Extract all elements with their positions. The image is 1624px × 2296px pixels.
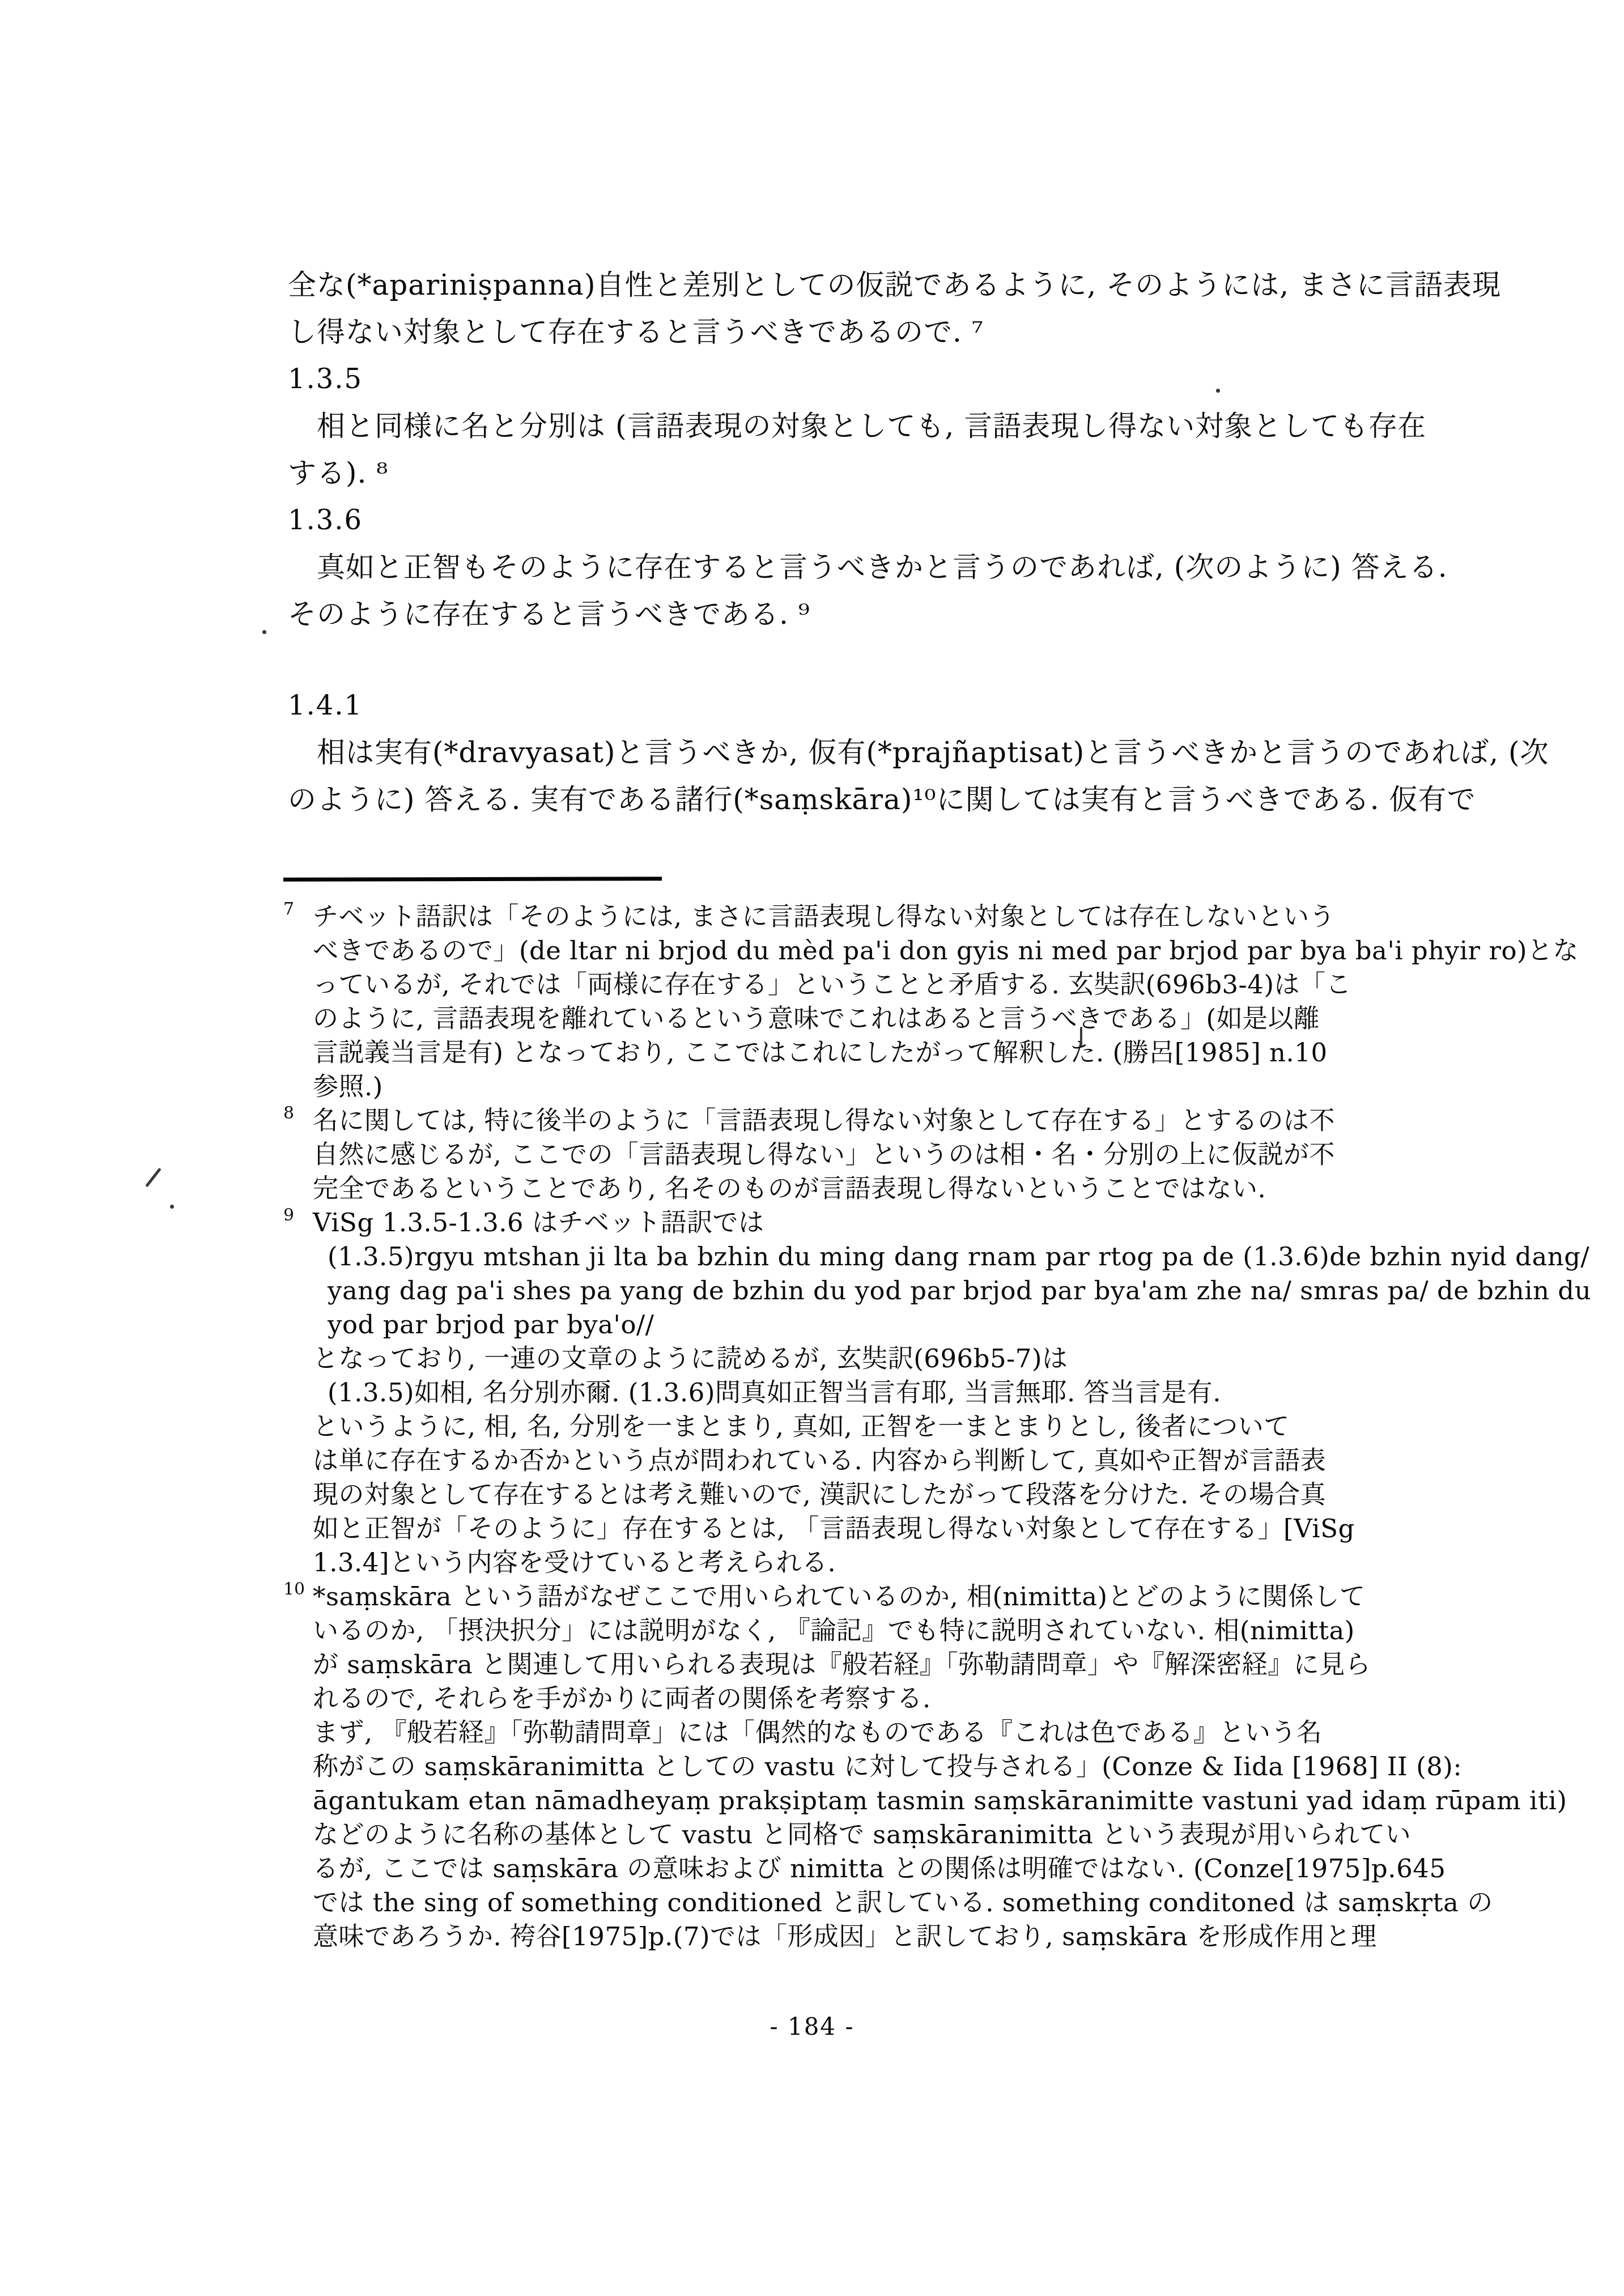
intro-paragraph: 全な(*apariniṣpanna)自性と差別としての仮説であるように, そのよ… (288, 262, 1364, 356)
text-line: 自然に感じるが, ここでの「言語表現し得ない」というのは相・名・分別の上に仮説が… (313, 1138, 1412, 1172)
footnote-7-text: チベット語訳は「そのようには, まさに言語表現し得ない対象としては存在しないとい… (313, 900, 1412, 1104)
section-heading-1-3-5: 1.3.5 (288, 356, 1364, 403)
text-line: というように, 相, 名, 分別を一まとまり, 真如, 正智を一まとまりとし, … (313, 1410, 1412, 1444)
section-heading-1-3-6: 1.3.6 (288, 497, 1364, 544)
scan-artifact (262, 630, 266, 634)
text-line: する). ⁸ (288, 450, 1364, 497)
text-line: 完全であるということであり, 名そのものが言語表現し得ないということではない. (313, 1172, 1412, 1206)
text-line: は単に存在するか否かという点が問われている. 内容から判断して, 真如や正智が言… (313, 1444, 1412, 1478)
scan-artifact (1080, 1027, 1082, 1046)
text-line: 意味であろうか. 袴谷[1975]p.(7)では「形成因」と訳しており, saṃ… (313, 1920, 1412, 1954)
text-line: (1.3.5)rgyu mtshan ji lta ba bzhin du mi… (313, 1240, 1412, 1274)
footnotes-block: 7 チベット語訳は「そのようには, まさに言語表現し得ない対象としては存在しない… (313, 900, 1412, 1954)
text-line: れるので, それらを手がかりに両者の関係を考察する. (313, 1682, 1412, 1716)
text-line: 名に関しては, 特に後半のように「言語表現し得ない対象として存在する」とするのは… (313, 1104, 1412, 1138)
text-line: yang dag pa'i shes pa yang de bzhin du y… (313, 1274, 1412, 1308)
text-line: っているが, それでは「両様に存在する」ということと矛盾する. 玄奘訳(696b… (313, 968, 1412, 1002)
footnote-9-text: ViSg 1.3.5-1.3.6 はチベット語訳では(1.3.5)rgyu mt… (313, 1206, 1412, 1580)
text-line: 相は実有(*dravyasat)と言うべきか, 仮有(*prajñaptisat… (288, 729, 1364, 776)
text-line: 如と正智が「そのように」存在するとは, 「言語表現し得ない対象として存在する」[… (313, 1512, 1412, 1546)
footnote-separator (283, 877, 662, 881)
text-line: では the sing of something conditioned と訳し… (313, 1886, 1412, 1920)
text-line: āgantukam etan nāmadheyaṃ prakṣiptaṃ tas… (313, 1784, 1412, 1818)
text-line: まず, 『般若経』「弥勒請問章」には「偶然的なものである『これは色である』という… (313, 1716, 1412, 1750)
footnote-9: 9 ViSg 1.3.5-1.3.6 はチベット語訳では(1.3.5)rgyu … (313, 1206, 1412, 1580)
text-line: 全な(*apariniṣpanna)自性と差別としての仮説であるように, そのよ… (288, 262, 1364, 309)
footnote-8-number: 8 (283, 1105, 294, 1122)
footnote-10-number: 10 (283, 1581, 305, 1598)
footnote-8: 8 名に関しては, 特に後半のように「言語表現し得ない対象として存在する」とする… (313, 1104, 1412, 1206)
text-line: 1.3.4]という内容を受けていると考えられる. (313, 1546, 1412, 1580)
text-line: となっており, 一連の文章のように読めるが, 玄奘訳(696b5-7)は (313, 1342, 1412, 1376)
document-page: 全な(*apariniṣpanna)自性と差別としての仮説であるように, そのよ… (0, 0, 1624, 2296)
text-line: 言説義当言是有) となっており, ここではこれにしたがって解釈した. (勝呂[1… (313, 1036, 1412, 1070)
text-line: いるのか, 「摂決択分」には説明がなく, 『論記』でも特に説明されていない. 相… (313, 1614, 1412, 1648)
text-line: 真如と正智もそのように存在すると言うべきかと言うのであれば, (次のように) 答… (288, 544, 1364, 591)
section-paragraph-1-3-5: 相と同様に名と分別は (言語表現の対象としても, 言語表現し得ない対象としても存… (288, 403, 1364, 497)
text-line: 参照.) (313, 1070, 1412, 1104)
scan-artifact (145, 1168, 161, 1188)
footnote-8-text: 名に関しては, 特に後半のように「言語表現し得ない対象として存在する」とするのは… (313, 1104, 1412, 1206)
text-line: そのように存在すると言うべきである. ⁹ (288, 591, 1364, 638)
text-line: るが, ここでは saṃskāra の意味および nimitta との関係は明確… (313, 1852, 1412, 1886)
text-line: などのように名称の基体として vastu と同格で saṃskāranimitt… (313, 1818, 1412, 1852)
footnote-10: 10 *saṃskāra という語がなぜここで用いられているのか, 相(nimi… (313, 1580, 1412, 1954)
text-line: 称がこの saṃskāranimitta としての vastu に対して投与され… (313, 1750, 1412, 1784)
main-text-block: 全な(*apariniṣpanna)自性と差別としての仮説であるように, そのよ… (288, 262, 1364, 823)
text-line: (1.3.5)如相, 名分別亦爾. (1.3.6)問真如正智当言有耶, 当言無耶… (313, 1376, 1412, 1410)
text-line: *saṃskāra という語がなぜここで用いられているのか, 相(nimitta… (313, 1580, 1412, 1614)
section-paragraph-1-3-6: 真如と正智もそのように存在すると言うべきかと言うのであれば, (次のように) 答… (288, 544, 1364, 638)
text-line: チベット語訳は「そのようには, まさに言語表現し得ない対象としては存在しないとい… (313, 900, 1412, 934)
scan-artifact (170, 1205, 174, 1209)
text-line: し得ない対象として存在すると言うべきであるので. ⁷ (288, 309, 1364, 356)
text-line: べきであるので」(de ltar ni brjod du mèd pa'i do… (313, 934, 1412, 968)
section-heading-1-4-1: 1.4.1 (288, 682, 1364, 729)
text-line: ViSg 1.3.5-1.3.6 はチベット語訳では (313, 1206, 1412, 1240)
text-line: 現の対象として存在するとは考え難いので, 漢訳にしたがって段落を分けた. その場… (313, 1478, 1412, 1512)
scan-artifact (1216, 389, 1220, 393)
footnote-7: 7 チベット語訳は「そのようには, まさに言語表現し得ない対象としては存在しない… (313, 900, 1412, 1104)
text-line: yod par brjod par bya'o// (313, 1308, 1412, 1342)
text-line: のように, 言語表現を離れているという意味でこれはあると言うべきである」(如是以… (313, 1002, 1412, 1036)
text-line: が saṃskāra と関連して用いられる表現は『般若経』「弥勒請問章」や『解深… (313, 1648, 1412, 1682)
text-line: 相と同様に名と分別は (言語表現の対象としても, 言語表現し得ない対象としても存… (288, 403, 1364, 450)
section-paragraph-1-4-1: 相は実有(*dravyasat)と言うべきか, 仮有(*prajñaptisat… (288, 729, 1364, 823)
text-line: のように) 答える. 実有である諸行(*saṃskāra)¹⁰に関しては実有と言… (288, 776, 1364, 823)
footnote-10-text: *saṃskāra という語がなぜここで用いられているのか, 相(nimitta… (313, 1580, 1412, 1954)
footnote-9-number: 9 (283, 1207, 294, 1224)
page-number: - 184 - (0, 2013, 1624, 2040)
footnote-7-number: 7 (283, 901, 294, 918)
